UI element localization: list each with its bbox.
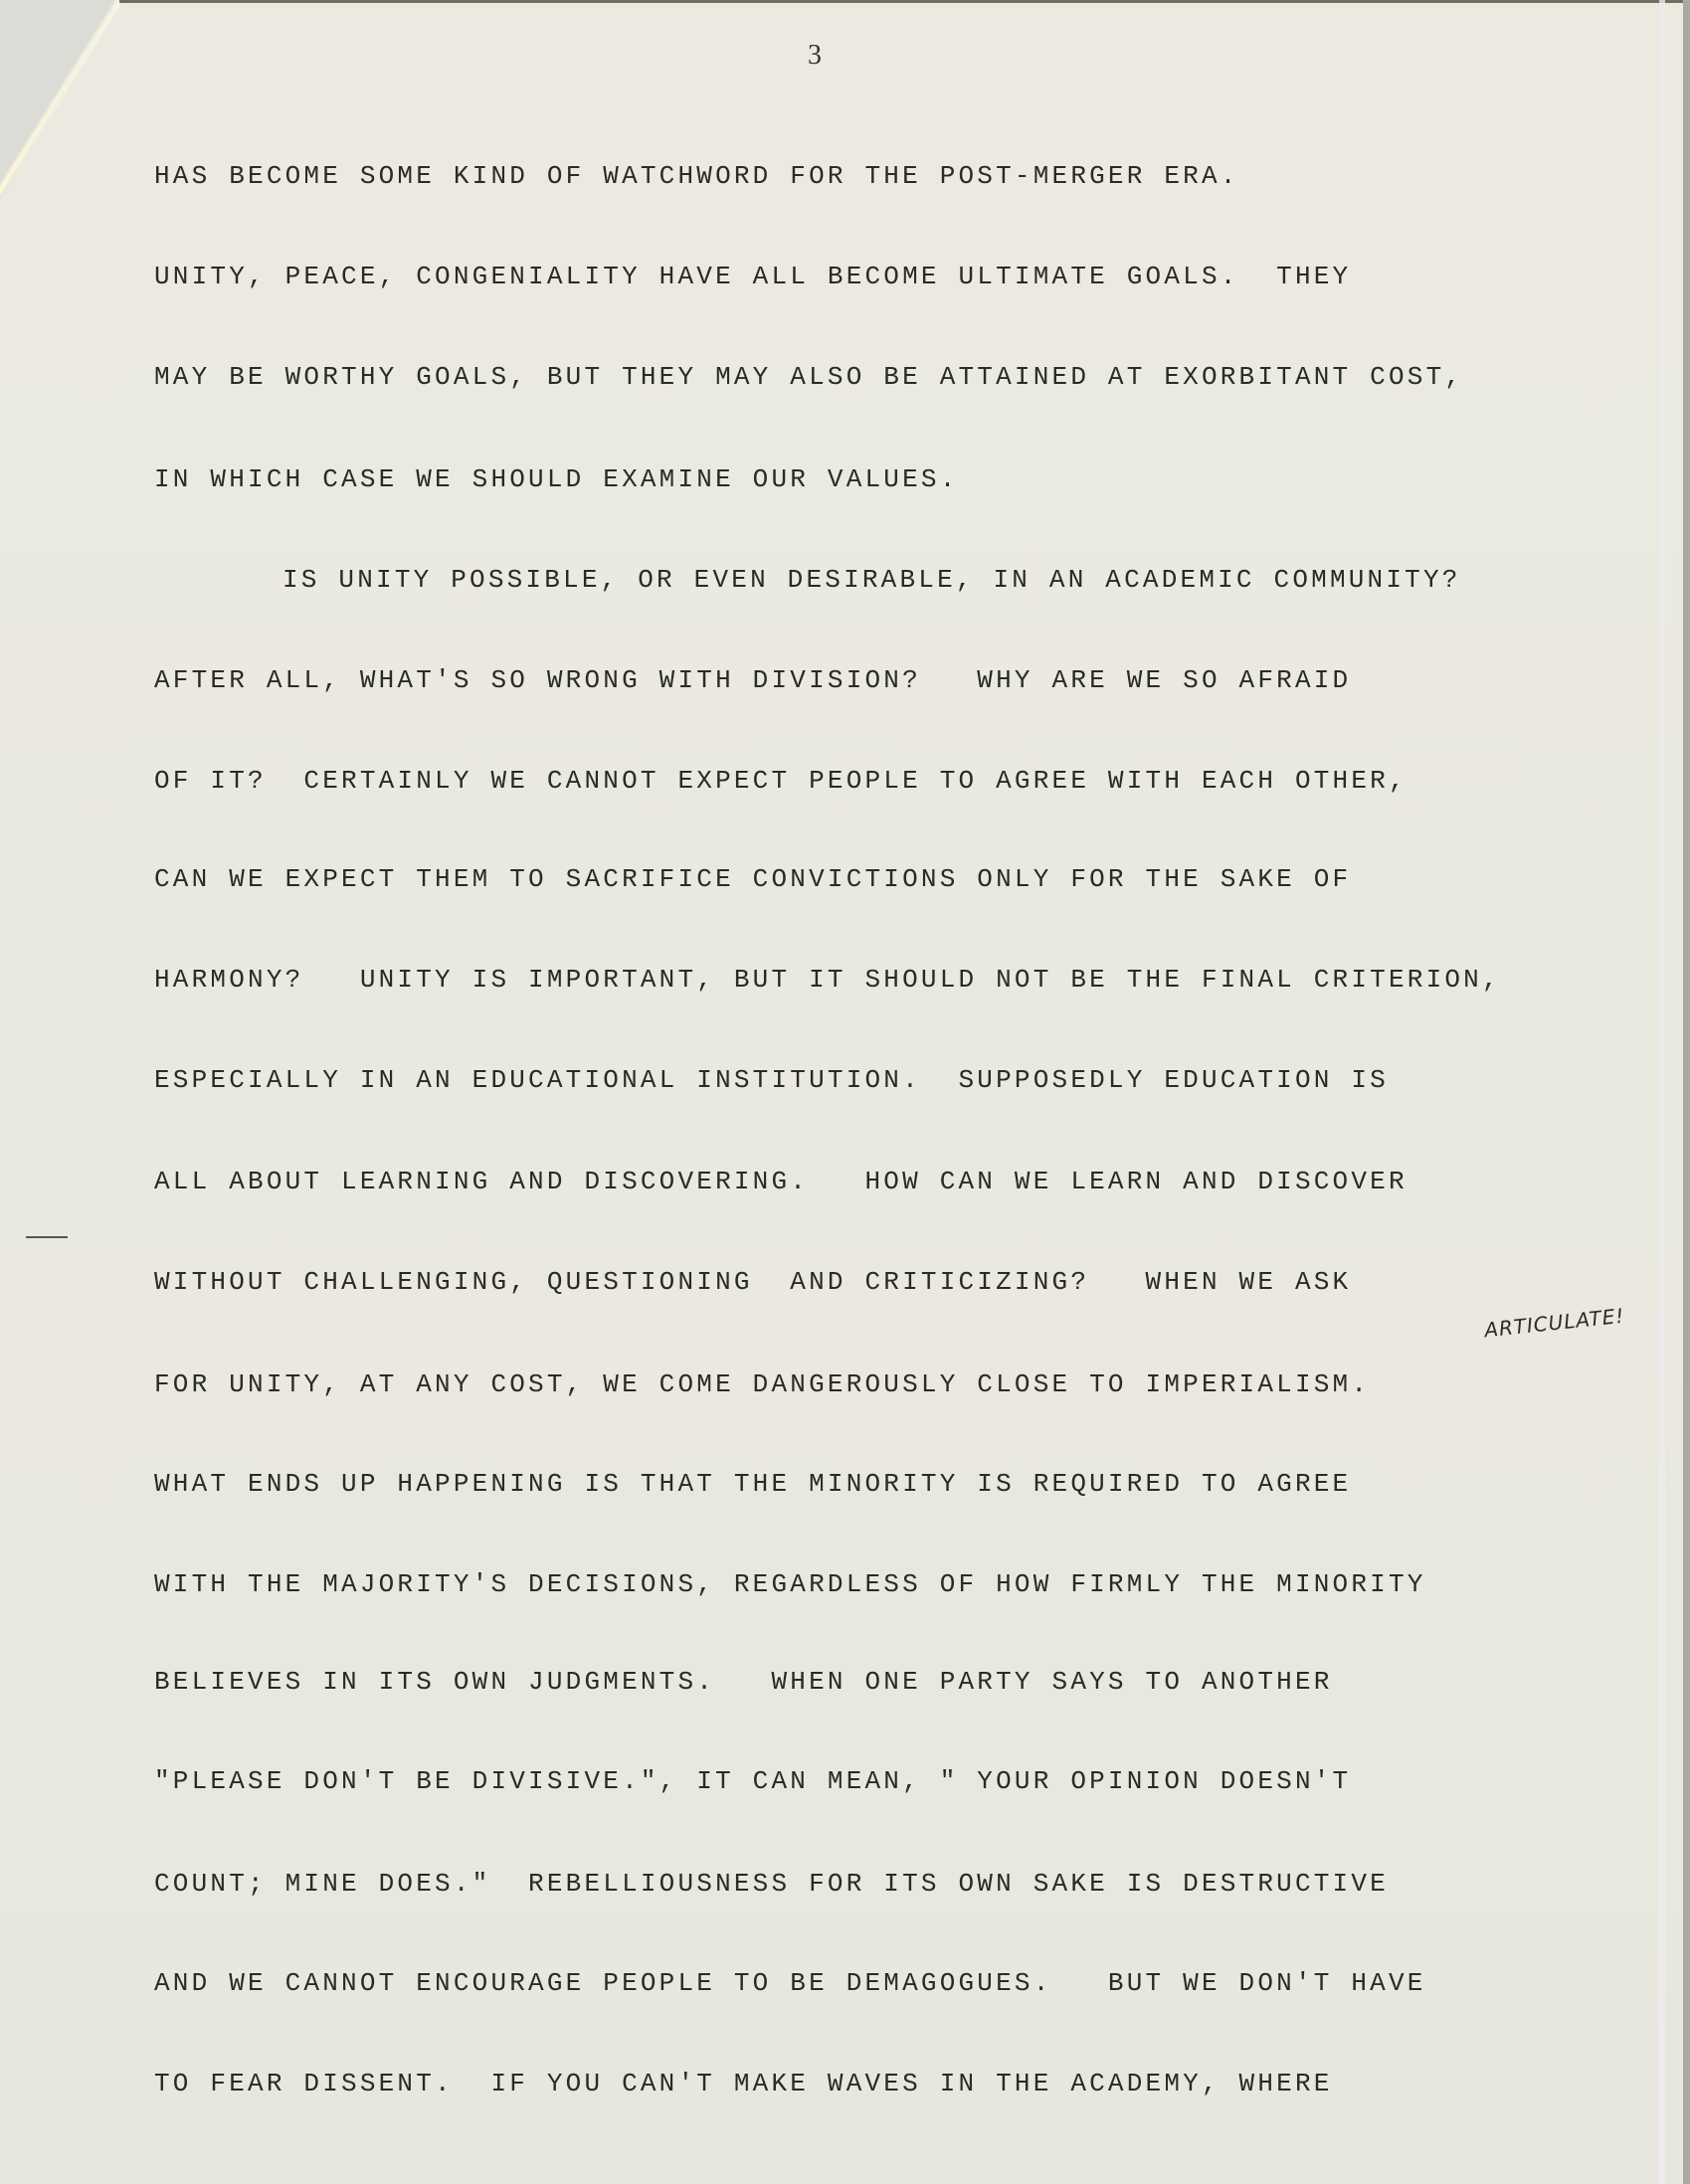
- page-top-edge: [119, 0, 1683, 3]
- text-line: "PLEASE DON'T BE DIVISIVE.", IT CAN MEAN…: [154, 1766, 1351, 1796]
- text-line: TO FEAR DISSENT. IF YOU CAN'T MAKE WAVES…: [154, 2069, 1333, 2098]
- text-line-paragraph-start: IS UNITY POSSIBLE, OR EVEN DESIRABLE, IN…: [282, 565, 1461, 595]
- text-line: HARMONY? UNITY IS IMPORTANT, BUT IT SHOU…: [154, 965, 1501, 995]
- text-line: CAN WE EXPECT THEM TO SACRIFICE CONVICTI…: [154, 864, 1351, 894]
- text-line: WHAT ENDS UP HAPPENING IS THAT THE MINOR…: [154, 1469, 1351, 1499]
- page-right-edge: [1683, 0, 1690, 2184]
- text-line: AFTER ALL, WHAT'S SO WRONG WITH DIVISION…: [154, 665, 1351, 695]
- page-number: 3: [808, 40, 822, 72]
- text-line: HAS BECOME SOME KIND OF WATCHWORD FOR TH…: [154, 161, 1239, 191]
- text-line: IN WHICH CASE WE SHOULD EXAMINE OUR VALU…: [154, 464, 959, 494]
- text-line: COUNT; MINE DOES." REBELLIOUSNESS FOR IT…: [154, 1869, 1389, 1899]
- text-line: ESPECIALLY IN AN EDUCATIONAL INSTITUTION…: [154, 1065, 1389, 1095]
- text-line: WITHOUT CHALLENGING, QUESTIONING AND CRI…: [154, 1267, 1351, 1297]
- text-line: BELIEVES IN ITS OWN JUDGMENTS. WHEN ONE …: [154, 1667, 1333, 1697]
- text-line: WITH THE MAJORITY'S DECISIONS, REGARDLES…: [154, 1569, 1426, 1599]
- text-line: MAY BE WORTHY GOALS, BUT THEY MAY ALSO B…: [154, 362, 1463, 392]
- text-line: UNITY, PEACE, CONGENIALITY HAVE ALL BECO…: [154, 262, 1351, 291]
- page-edge-highlight: [1659, 0, 1665, 2184]
- margin-dash-mark: [26, 1236, 68, 1238]
- text-line: OF IT? CERTAINLY WE CANNOT EXPECT PEOPLE…: [154, 766, 1408, 796]
- text-line: AND WE CANNOT ENCOURAGE PEOPLE TO BE DEM…: [154, 1968, 1426, 1998]
- text-line: FOR UNITY, AT ANY COST, WE COME DANGEROU…: [154, 1369, 1370, 1399]
- text-line: ALL ABOUT LEARNING AND DISCOVERING. HOW …: [154, 1167, 1408, 1196]
